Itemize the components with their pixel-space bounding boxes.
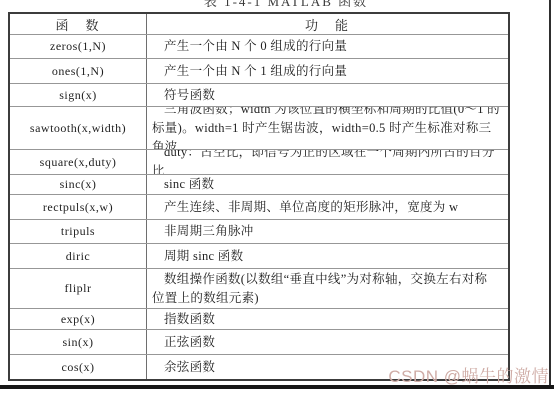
table-row: sin(x) 正弦函数	[10, 330, 508, 355]
function-description: 数组操作函数(以数组“垂直中线”为对称轴，交换左右对称位置上的数组元素)	[147, 270, 508, 308]
table-row: rectpuls(x,w) 产生连续、非周期、单位高度的矩形脉冲，宽度为 w	[10, 195, 508, 220]
function-name: sinc(x)	[10, 175, 147, 194]
table-row: sawtooth(x,width) 三角波函数；width 为该位置的横坐标和周…	[10, 107, 508, 150]
function-description-cell: 数组操作函数(以数组“垂直中线”为对称轴，交换左右对称位置上的数组元素)	[147, 269, 508, 308]
function-description: 周期 sinc 函数	[147, 247, 508, 266]
function-description: 产生一个由 N 个 0 组成的行向量	[147, 37, 508, 56]
function-description: 符号函数	[147, 86, 508, 105]
scanned-document-page: 表 1-4-1 MATLAB 函数 函 数 功 能 zeros(1,N) 产生一…	[0, 0, 554, 393]
header-cell-function: 函 数	[10, 14, 147, 34]
function-description: 产生一个由 N 个 1 组成的行向量	[147, 62, 508, 81]
function-description: sinc 函数	[147, 175, 508, 194]
function-name: ones(1,N)	[10, 59, 147, 83]
table-row: tripuls 非周期三角脉冲	[10, 220, 508, 244]
function-description: 正弦函数	[147, 333, 508, 352]
function-name: sawtooth(x,width)	[10, 107, 147, 149]
page-right-border-line	[549, 0, 551, 387]
table-row: zeros(1,N) 产生一个由 N 个 0 组成的行向量	[10, 35, 508, 59]
matlab-function-table: 函 数 功 能 zeros(1,N) 产生一个由 N 个 0 组成的行向量 on…	[8, 12, 510, 381]
table-row: fliplr 数组操作函数(以数组“垂直中线”为对称轴，交换左右对称位置上的数组…	[10, 269, 508, 309]
csdn-watermark: CSDN @蜗牛的激情	[388, 362, 549, 387]
function-description-cell: 正弦函数	[147, 330, 508, 354]
function-description-cell: duty：占空比，即信号为正的区域在一个周期内所占的百分比	[147, 150, 508, 174]
function-description-cell: 产生一个由 N 个 0 组成的行向量	[147, 35, 508, 58]
function-name: cos(x)	[10, 355, 147, 379]
function-name: exp(x)	[10, 309, 147, 329]
table-row: sign(x) 符号函数	[10, 84, 508, 107]
function-name: rectpuls(x,w)	[10, 195, 147, 219]
function-name: sin(x)	[10, 330, 147, 354]
function-description-cell: 三角波函数；width 为该位置的横坐标和周期的比值(0～1 的标量)。widt…	[147, 107, 508, 149]
function-description-cell: 符号函数	[147, 84, 508, 106]
table-caption-text: 表 1-4-1 MATLAB 函数	[0, 0, 554, 7]
function-description-cell: 周期 sinc 函数	[147, 244, 508, 268]
function-description-cell: 产生连续、非周期、单位高度的矩形脉冲，宽度为 w	[147, 195, 508, 219]
table-row: exp(x) 指数函数	[10, 309, 508, 330]
function-name: zeros(1,N)	[10, 35, 147, 58]
header-purpose-label: 功 能	[147, 15, 508, 34]
header-cell-purpose: 功 能	[147, 14, 508, 34]
function-description: 三角波函数；width 为该位置的横坐标和周期的比值(0～1 的标量)。widt…	[147, 107, 508, 149]
function-description-cell: 指数函数	[147, 309, 508, 329]
table-row: sinc(x) sinc 函数	[10, 175, 508, 195]
table-row: diric 周期 sinc 函数	[10, 244, 508, 269]
function-name: tripuls	[10, 220, 147, 243]
table-caption-clipped: 表 1-4-1 MATLAB 函数	[0, 0, 554, 7]
table-row: ones(1,N) 产生一个由 N 个 1 组成的行向量	[10, 59, 508, 84]
function-name: fliplr	[10, 269, 147, 308]
function-name: square(x,duty)	[10, 150, 147, 174]
table-header-row: 函 数 功 能	[10, 14, 508, 35]
function-description-cell: 产生一个由 N 个 1 组成的行向量	[147, 59, 508, 83]
table-row: square(x,duty) duty：占空比，即信号为正的区域在一个周期内所占…	[10, 150, 508, 175]
function-description-cell: sinc 函数	[147, 175, 508, 194]
function-description: duty：占空比，即信号为正的区域在一个周期内所占的百分比	[147, 150, 508, 174]
function-description-cell: 非周期三角脉冲	[147, 220, 508, 243]
function-description: 非周期三角脉冲	[147, 222, 508, 241]
function-name: diric	[10, 244, 147, 268]
function-name: sign(x)	[10, 84, 147, 106]
function-description: 产生连续、非周期、单位高度的矩形脉冲，宽度为 w	[147, 198, 508, 217]
header-function-label: 函 数	[10, 15, 146, 34]
function-description: 指数函数	[147, 310, 508, 329]
